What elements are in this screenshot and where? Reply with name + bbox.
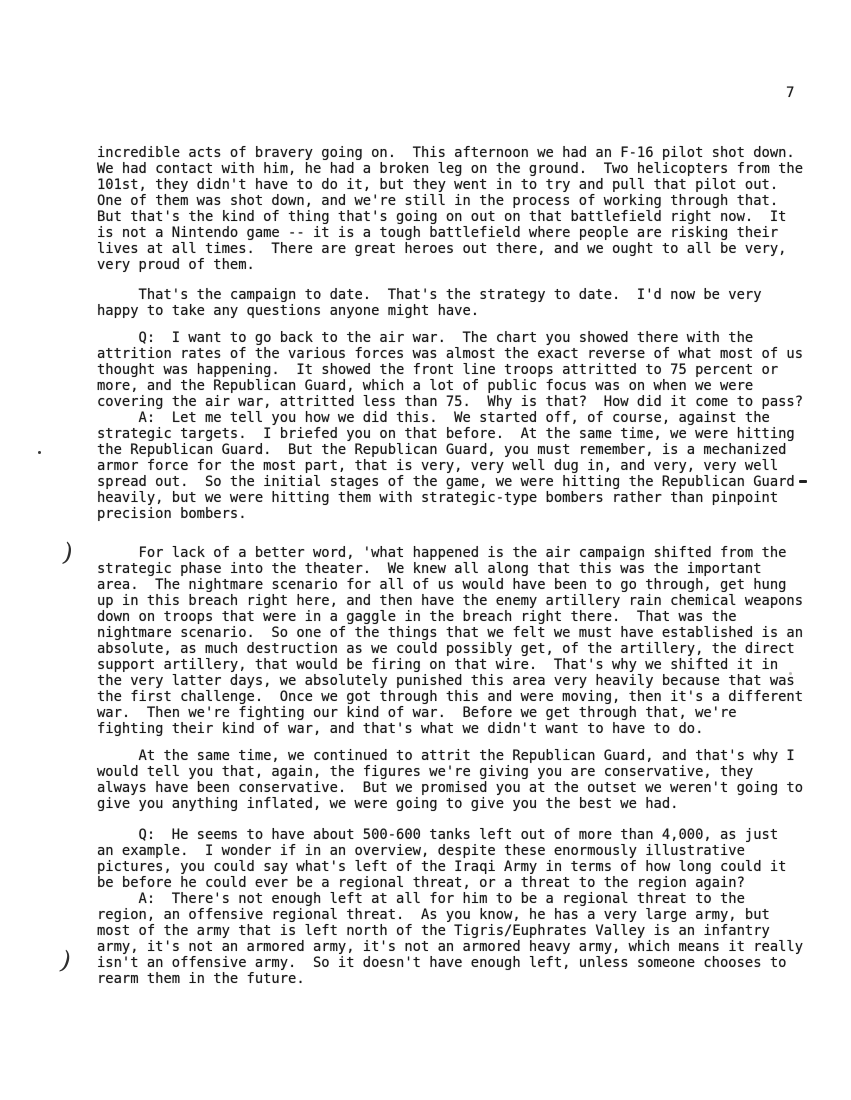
scan-artifact-dash [799,480,807,483]
paragraph-attrit-republican-guard: At the same time, we continued to attrit… [97,748,803,812]
scan-artifact-dot [38,451,41,454]
paragraph-qa-air-war-attrition: Q: I want to go back to the air war. The… [97,330,803,522]
paragraph-air-campaign-shift: For lack of a better word, 'what happene… [97,545,803,737]
scanned-document-page: 7 incredible acts of bravery going on. T… [0,0,851,1100]
handwritten-paren-mark: ) [58,947,75,974]
handwritten-paren-mark: ) [61,539,76,565]
paragraph-bravery-continuation: incredible acts of bravery going on. Thi… [97,145,803,273]
paragraph-campaign-to-date: That's the campaign to date. That's the … [97,287,762,319]
paragraph-qa-tanks-remaining: Q: He seems to have about 500-600 tanks … [97,827,803,987]
scan-artifact-dot [789,672,792,675]
page-number: 7 [786,85,794,101]
